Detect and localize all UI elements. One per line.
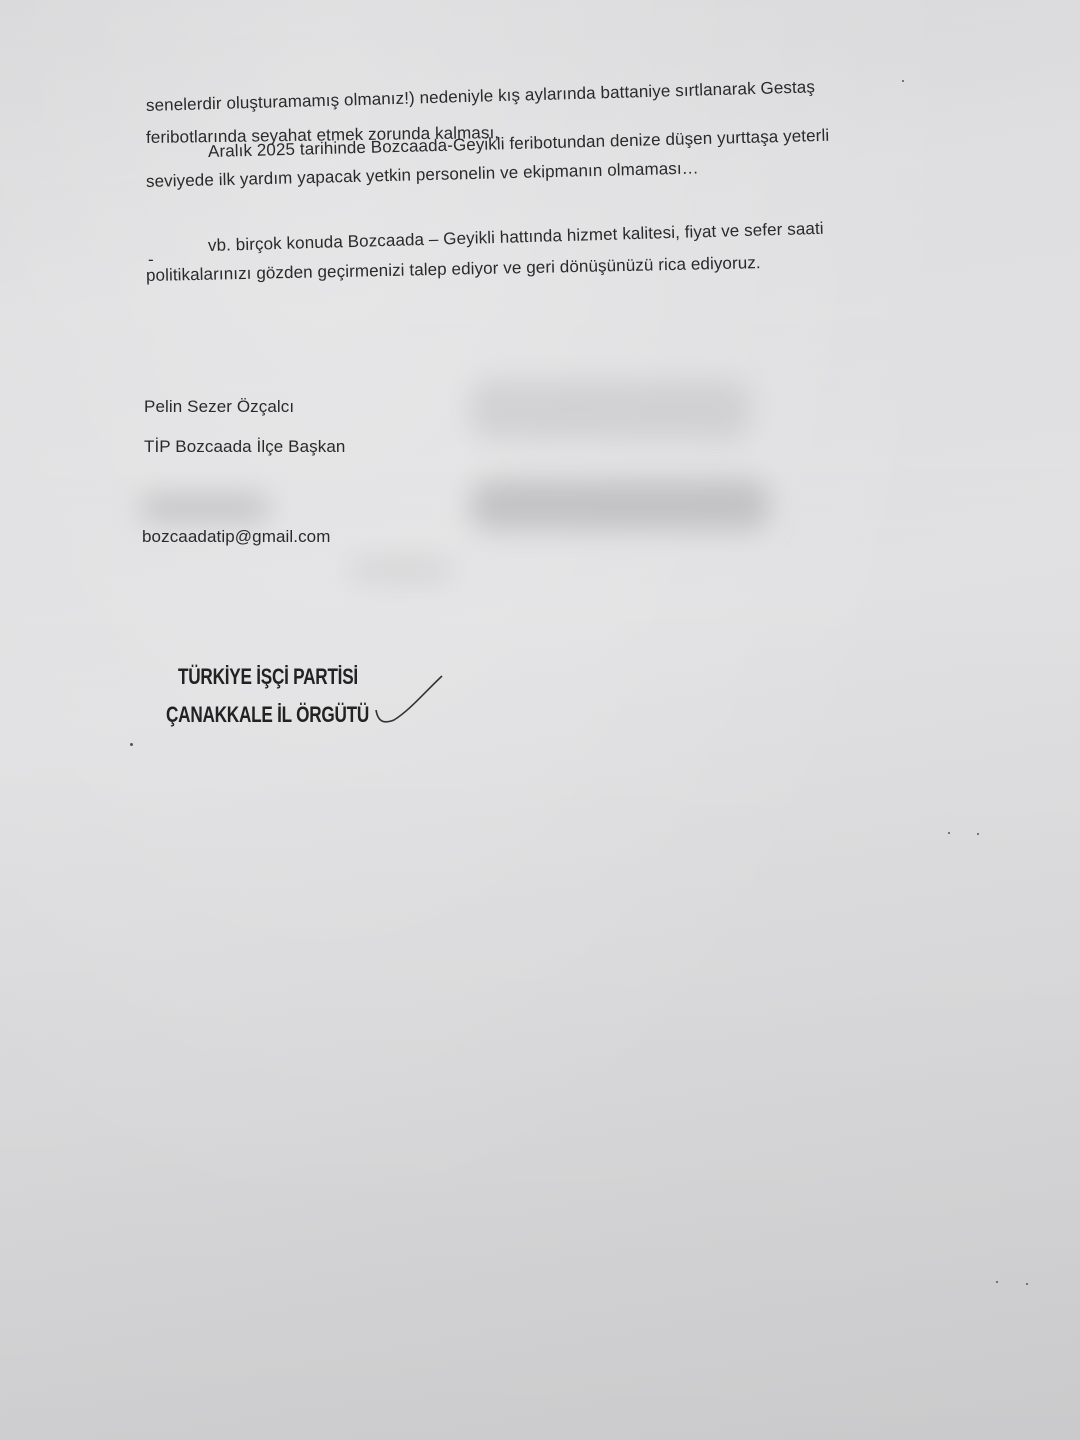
redacted-block-2	[470, 480, 770, 530]
signature-check-mark	[370, 670, 450, 730]
paper-background	[0, 0, 1080, 1440]
closing-line-2: politikalarınızı gözden geçirmenizi tale…	[146, 253, 761, 286]
speck	[902, 80, 904, 82]
redacted-block-1	[470, 380, 750, 440]
closing-line-1: vb. birçok konuda Bozcaada – Geyikli hat…	[208, 219, 824, 256]
signature-title: TİP Bozcaada İlçe Başkan	[144, 437, 345, 457]
redacted-phone	[140, 495, 270, 521]
stamp-line-2: ÇANAKKALE İL ÖRGÜTÜ	[166, 702, 369, 728]
signature-email: bozcaadatip@gmail.com	[142, 527, 331, 547]
paragraph-line-4: seviyede ilk yardım yapacak yetkin perso…	[146, 158, 699, 192]
speck	[130, 743, 133, 746]
signature-name: Pelin Sezer Özçalcı	[144, 397, 294, 417]
speck	[977, 833, 979, 835]
speck	[996, 1281, 998, 1283]
speck	[948, 832, 950, 834]
redacted-block-3	[350, 560, 450, 580]
paragraph-line-1: senelerdir oluşturamamış olmanız!) neden…	[146, 77, 815, 116]
stamp-line-1: TÜRKİYE İŞÇİ PARTİSİ	[178, 664, 358, 690]
speck	[1026, 1283, 1028, 1285]
